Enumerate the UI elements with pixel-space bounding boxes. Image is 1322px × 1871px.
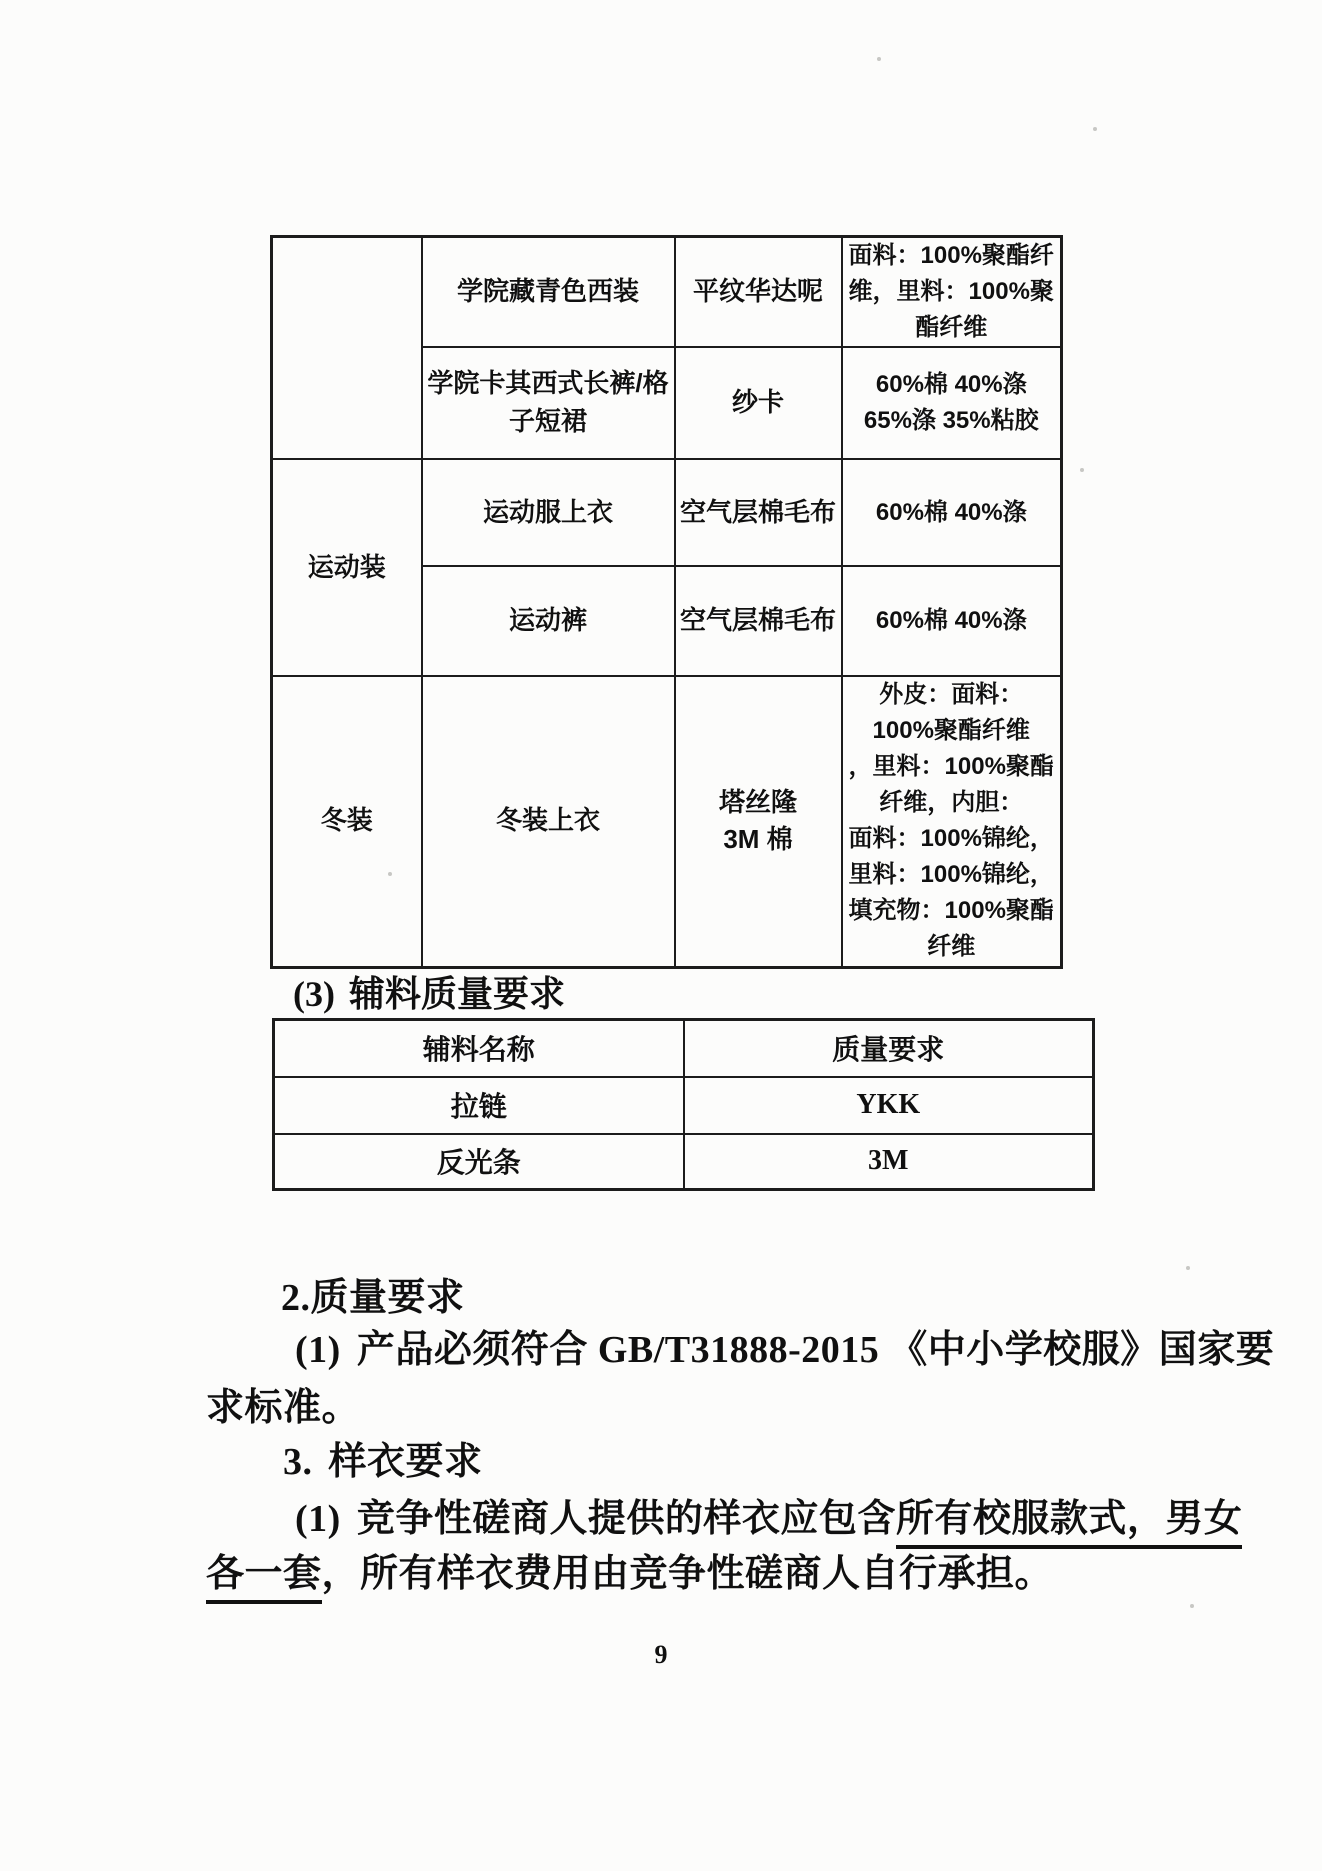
scan-artifact-dot [1190,1604,1194,1608]
sample-item-line2: 各一套，所有样衣费用由竞争性磋商人自行承担。 [206,1542,1053,1597]
header-quality-requirement: 质量要求 [684,1020,1094,1077]
table-row: 运动装 运动服上衣 空气层棉毛布 60%棉 40%涤 [272,459,1062,566]
cell-item: 运动裤 [422,566,675,676]
cell-composition: 60%棉 40%涤 [842,459,1062,566]
table-header-row: 辅料名称 质量要求 [274,1020,1094,1077]
cell-composition: 60%棉 40%涤 65%涤 35%粘胶 [842,347,1062,459]
scan-artifact-dot [388,872,392,876]
standard-code: GB/T31888-2015 [598,1329,879,1371]
accessories-heading-text: 辅料质量要求 [349,973,565,1014]
accessories-table: 辅料名称 质量要求 拉链 YKK 反光条 3M [272,1018,1095,1191]
table-row: 冬装 冬装上衣 塔丝隆 3M 棉 外皮：面料： 100%聚酯纤维 ，里料：100… [272,676,1062,967]
quality-section-heading: 2.质量要求 [281,1266,465,1321]
cell-composition: 60%棉 40%涤 [842,566,1062,676]
fabric-spec-table: 学院藏青色西装 平纹华达呢 面料：100%聚酯纤 维，里料：100%聚 酯纤维 … [270,235,1063,969]
sample-section-heading: 3.样衣要求 [283,1430,483,1485]
quality-item-line2: 求标准。 [206,1376,360,1431]
quality-section-number: 2. [281,1277,311,1319]
accessories-heading-number: (3) [293,974,335,1014]
cell-accessory-name: 反光条 [274,1134,684,1190]
cell-fabric: 空气层棉毛布 [675,566,842,676]
scan-artifact-dot [1093,127,1097,131]
cell-item: 运动服上衣 [422,459,675,566]
cell-item: 冬装上衣 [422,676,675,967]
accessories-heading: (3)辅料质量要求 [293,966,565,1017]
sample-item-number: (1) [295,1498,341,1540]
cell-quality-requirement: YKK [684,1077,1094,1134]
quality-section-title: 质量要求 [311,1277,465,1319]
table-row: 拉链 YKK [274,1077,1094,1134]
cell-composition: 外皮：面料： 100%聚酯纤维 ，里料：100%聚酯 纤维，内胆： 面料：100… [842,676,1062,967]
quality-item-text: 产品必须符合 [357,1329,588,1371]
sample-section-number: 3. [283,1441,313,1483]
document-page: 学院藏青色西装 平纹华达呢 面料：100%聚酯纤 维，里料：100%聚 酯纤维 … [0,0,1322,1871]
scan-artifact-dot [1186,1266,1190,1270]
cell-quality-requirement: 3M [684,1134,1094,1190]
table-row: 学院藏青色西装 平纹华达呢 面料：100%聚酯纤 维，里料：100%聚 酯纤维 [272,237,1062,348]
sample-item-underlined-text: 各一套 [206,1553,322,1604]
sample-item-text-cont: ，所有样衣费用由竞争性磋商人自行承担。 [322,1553,1054,1595]
sample-section-title: 样衣要求 [329,1441,483,1483]
cell-composition: 面料：100%聚酯纤 维，里料：100%聚 酯纤维 [842,237,1062,348]
page-number: 9 [0,1640,1322,1670]
cell-category-blank [272,237,422,460]
header-accessory-name: 辅料名称 [274,1020,684,1077]
cell-fabric: 平纹华达呢 [675,237,842,348]
sample-item-line1: (1)竞争性磋商人提供的样衣应包含所有校服款式，男女 [295,1487,1242,1542]
cell-fabric: 塔丝隆 3M 棉 [675,676,842,967]
sample-item-text: 竞争性磋商人提供的样衣应包含 [357,1498,896,1540]
quality-item-number: (1) [295,1329,341,1371]
quality-item-text-cont: 《中小学校服》国家要 [889,1329,1274,1371]
cell-fabric: 纱卡 [675,347,842,459]
cell-fabric: 空气层棉毛布 [675,459,842,566]
cell-item: 学院卡其西式长裤/格 子短裙 [422,347,675,459]
cell-accessory-name: 拉链 [274,1077,684,1134]
cell-category-winterwear: 冬装 [272,676,422,967]
scan-artifact-dot [877,57,881,61]
table-row: 反光条 3M [274,1134,1094,1190]
cell-category-sportswear: 运动装 [272,459,422,676]
quality-item-line1: (1)产品必须符合GB/T31888-2015《中小学校服》国家要 [295,1318,1274,1373]
cell-item: 学院藏青色西装 [422,237,675,348]
scan-artifact-dot [1080,468,1084,472]
